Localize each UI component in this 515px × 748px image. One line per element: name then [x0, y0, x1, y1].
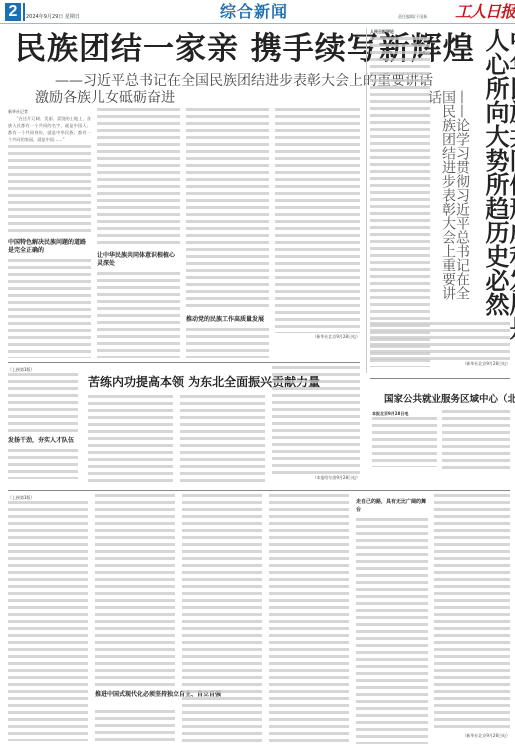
article3-headline: 国家公共就业服务区域中心（北京）揭牌成立 — [384, 393, 515, 407]
article3-column-2 — [442, 410, 510, 470]
newspaper-logo: 工人日报 — [455, 3, 515, 21]
lead-subhead-3: 推动党的民族工作高质量发展 — [186, 316, 269, 324]
article4-column-1: （上接第1版） — [8, 494, 88, 744]
text-block — [8, 501, 88, 741]
text-block — [356, 518, 428, 744]
article2-column-1: （上接第1版） 发扬干劲，夯实人才队伍 — [8, 366, 78, 486]
commentary-bottom: （新华社北京9月28日电） — [370, 322, 510, 372]
text-block — [95, 494, 175, 686]
editor-credit: 责任编辑/于国新 — [398, 14, 427, 20]
article2-source: （本报哈尔滨9月28日电） — [272, 474, 360, 481]
text-block — [370, 37, 430, 367]
page-header: 2 2024年9月29日 星期日 综合新闻 责任编辑/于国新 工人日报 — [0, 0, 515, 24]
section-divider — [8, 362, 360, 363]
lead-column-4: （新华社北京9月28日电） — [275, 108, 360, 358]
text-block — [97, 272, 180, 358]
article4-column-6: （新华社北京9月28日电） — [434, 494, 510, 744]
lead-column-3b: 推动党的民族工作高质量发展 — [186, 312, 269, 358]
text-block — [186, 328, 269, 358]
column-divider — [366, 28, 367, 373]
article3-byline: 本报北京9月28日电 — [372, 410, 437, 417]
article4-column-5: 走自己的路，具有无比广阔的舞台 — [356, 494, 428, 744]
article2-subhead: 发扬干劲，夯实人才队伍 — [8, 437, 78, 445]
lead-subhead-1: 中国特色解决民族问题的道路是完全正确的 — [8, 239, 91, 255]
article2-column-3 — [180, 395, 265, 485]
lead-byline: 新华社记者 — [8, 108, 91, 115]
text-block — [370, 322, 510, 360]
section-divider — [8, 490, 510, 491]
text-block — [8, 373, 78, 433]
commentary-title: 中华民族共同体形成和发展是人心所向大势所趋历史必然 — [483, 28, 515, 358]
commentary-source: （新华社北京9月28日电） — [370, 360, 510, 367]
section-title: 综合新闻 — [220, 3, 288, 21]
article4-column-3 — [182, 494, 262, 744]
text-block — [372, 417, 437, 467]
article4-continued: （上接第1版） — [8, 494, 88, 501]
article4-column-2b — [95, 710, 175, 745]
lead-subtitle-2: 激励各族儿女砥砺奋进 — [35, 90, 175, 106]
text-block — [8, 449, 78, 479]
page-number-bar — [23, 3, 25, 21]
text-block — [272, 366, 360, 474]
lead-column-1: 新华社记者 “在这片辽阔、美丽、富饶的土地上，各族人民都有一个共同的名字，就是中… — [8, 108, 91, 358]
article2-continued: （上接第1版） — [8, 366, 78, 373]
article2-column-4: （本报哈尔滨9月28日电） — [272, 366, 360, 486]
lead-column-3 — [186, 108, 269, 308]
article4-side-subhead: 走自己的路，具有无比广阔的舞台 — [356, 498, 428, 514]
issue-date: 2024年9月29日 星期日 — [26, 13, 80, 20]
text-block — [275, 108, 360, 333]
page-number: 2 — [5, 3, 21, 21]
lead-source: （新华社北京9月28日电） — [275, 333, 360, 340]
commentary-label: 人民日报评论 — [370, 28, 430, 35]
lead-column-2 — [97, 108, 180, 248]
commentary-subtitle: ——论学习贯彻习近平总书记在全国民族团结进步表彰大会上重要讲话 — [427, 90, 469, 310]
text-block — [434, 494, 510, 732]
article2-column-2 — [88, 395, 173, 485]
text-block — [8, 259, 91, 358]
text-block — [8, 145, 91, 235]
article4-source: （新华社北京9月28日电） — [434, 732, 510, 739]
lead-subhead-2: 让中华民族共同体意识根植心灵深处 — [97, 252, 180, 268]
article3-column-1: 本报北京9月28日电 — [372, 410, 437, 470]
article4-column-4 — [269, 494, 349, 744]
section-divider — [370, 378, 510, 379]
lead-column-2b: 让中华民族共同体意识根植心灵深处 — [97, 248, 180, 358]
lead-intro: “在这片辽阔、美丽、富饶的土地上，各族人民都有一个共同的名字，就是中国人；都有一… — [8, 115, 91, 143]
